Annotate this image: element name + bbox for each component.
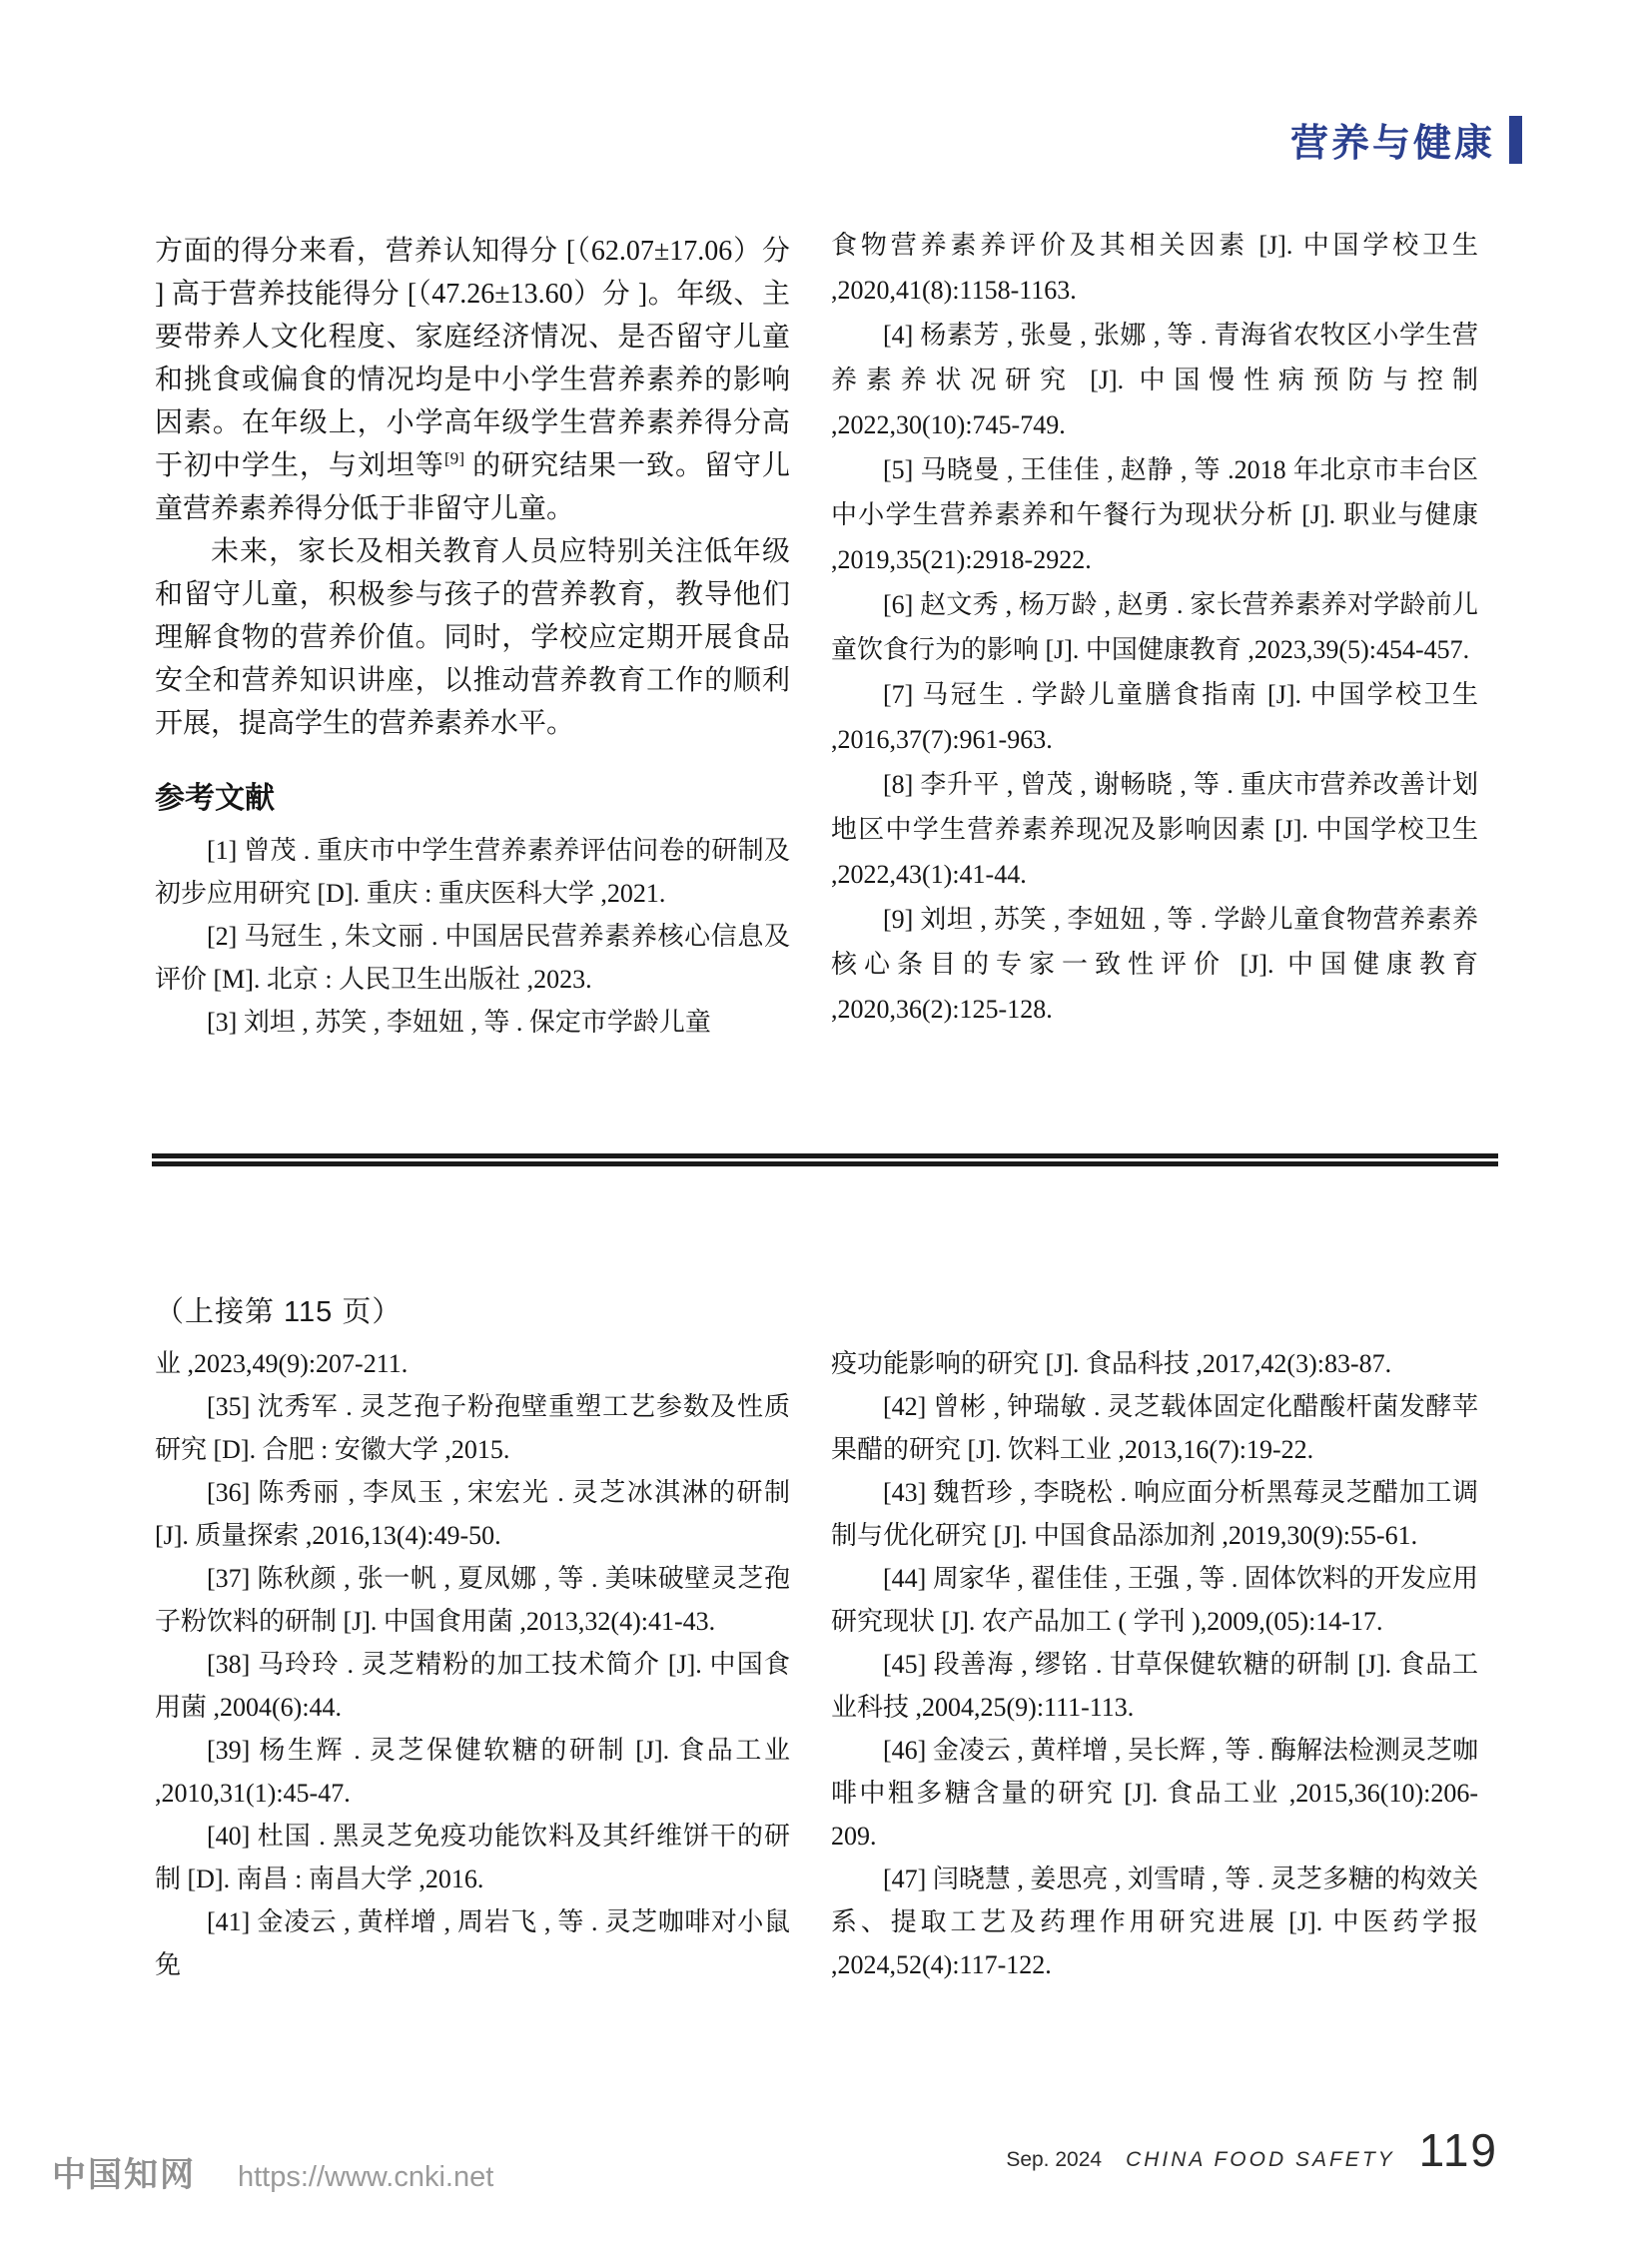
reference-item: [43] 魏哲珍 , 李晓松 . 响应面分析黑莓灵芝醋加工调制与优化研究 [J]… bbox=[831, 1471, 1478, 1557]
bottom-right-column: 疫功能影响的研究 [J]. 食品科技 ,2017,42(3):83-87. [4… bbox=[831, 1342, 1478, 1986]
reference-item: [35] 沈秀军 . 灵芝孢子粉孢壁重塑工艺参数及性质研究 [D]. 合肥 : … bbox=[155, 1385, 790, 1471]
reference-item: [9] 刘坦 , 苏笑 , 李妞妞 , 等 . 学龄儿童食物营养素养核心条目的专… bbox=[831, 897, 1478, 1032]
reference-item: [4] 杨素芳 , 张曼 , 张娜 , 等 . 青海省农牧区小学生营养素养状况研… bbox=[831, 313, 1478, 447]
accent-bar-icon bbox=[1509, 116, 1522, 164]
reference-item: [5] 马晓曼 , 王佳佳 , 赵静 , 等 .2018 年北京市丰台区中小学生… bbox=[831, 447, 1478, 582]
reference-item: [8] 李升平 , 曾茂 , 谢畅晓 , 等 . 重庆市营养改善计划地区中学生营… bbox=[831, 762, 1478, 897]
section-title: 营养与健康 bbox=[1290, 112, 1495, 167]
footer-site-url: https://www.cnki.net bbox=[238, 2161, 493, 2194]
reference-item: [47] 闫晓慧 , 姜思亮 , 刘雪晴 , 等 . 灵芝多糖的构效关系、提取工… bbox=[831, 1858, 1478, 1986]
reference-item: [45] 段善海 , 缪铭 . 甘草保健软糖的研制 [J]. 食品工业科技 ,2… bbox=[831, 1643, 1478, 1729]
reference-item: [36] 陈秀丽 , 李凤玉 , 宋宏光 . 灵芝冰淇淋的研制 [J]. 质量探… bbox=[155, 1471, 790, 1557]
reference-item: [39] 杨生辉 . 灵芝保健软糖的研制 [J]. 食品工业 ,2010,31(… bbox=[155, 1729, 790, 1815]
references-heading: 参考文献 bbox=[155, 782, 790, 816]
top-left-column: 方面的得分来看，营养认知得分 [（62.07±17.06）分 ] 高于营养技能得… bbox=[155, 230, 790, 1044]
top-right-column: 食物营养素养评价及其相关因素 [J]. 中国学校卫生 ,2020,41(8):1… bbox=[831, 223, 1478, 1032]
footer-site-name: 中国知网 bbox=[52, 2147, 196, 2196]
reference-item: [41] 金凌云 , 黄样增 , 周岩飞 , 等 . 灵芝咖啡对小鼠免 bbox=[155, 1900, 790, 1986]
reference-item: [2] 马冠生 , 朱文丽 . 中国居民营养素养核心信息及评价 [M]. 北京 … bbox=[155, 915, 790, 1001]
body-paragraph: 方面的得分来看，营养认知得分 [（62.07±17.06）分 ] 高于营养技能得… bbox=[155, 230, 790, 530]
paragraph-text: 方面的得分来看，营养认知得分 [（62.07±17.06）分 ] 高于营养技能得… bbox=[155, 236, 790, 481]
reference-item: [6] 赵文秀 , 杨万龄 , 赵勇 . 家长营养素养对学龄前儿童饮食行为的影响… bbox=[831, 582, 1478, 672]
reference-item: [44] 周家华 , 翟佳佳 , 王强 , 等 . 固体饮料的开发应用研究现状 … bbox=[831, 1557, 1478, 1643]
section-divider bbox=[152, 1153, 1498, 1166]
body-paragraph: 未来，家长及相关教育人员应特别关注低年级和留守儿童，积极参与孩子的营养教育，教导… bbox=[155, 530, 790, 745]
footer-page-number: 119 bbox=[1419, 2123, 1498, 2177]
reference-item: [3] 刘坦 , 苏笑 , 李妞妞 , 等 . 保定市学龄儿童 bbox=[155, 1001, 790, 1044]
footer-right: Sep. 2024 CHINA FOOD SAFETY 119 bbox=[1006, 2123, 1498, 2177]
footer-left: 中国知网 https://www.cnki.net bbox=[52, 2147, 493, 2196]
reference-item: [40] 杜国 . 黑灵芝免疫功能饮料及其纤维饼干的研制 [D]. 南昌 : 南… bbox=[155, 1815, 790, 1900]
reference-item: [46] 金凌云 , 黄样增 , 吴长辉 , 等 . 酶解法检测灵芝咖啡中粗多糖… bbox=[831, 1729, 1478, 1858]
reference-item: 食物营养素养评价及其相关因素 [J]. 中国学校卫生 ,2020,41(8):1… bbox=[831, 223, 1478, 313]
reference-item: 疫功能影响的研究 [J]. 食品科技 ,2017,42(3):83-87. bbox=[831, 1342, 1478, 1385]
journal-page: 营养与健康 方面的得分来看，营养认知得分 [（62.07±17.06）分 ] 高… bbox=[0, 0, 1652, 2242]
reference-item: [38] 马玲玲 . 灵芝精粉的加工技术简介 [J]. 中国食用菌 ,2004(… bbox=[155, 1643, 790, 1729]
reference-item: 业 ,2023,49(9):207-211. bbox=[155, 1342, 790, 1385]
footer-issue-date: Sep. 2024 bbox=[1006, 2148, 1102, 2172]
continuation-note: （上接第 115 页） bbox=[155, 1289, 402, 1330]
reference-item: [37] 陈秋颜 , 张一帆 , 夏凤娜 , 等 . 美味破壁灵芝孢子粉饮料的研… bbox=[155, 1557, 790, 1643]
citation-superscript: [9] bbox=[444, 449, 464, 468]
reference-item: [7] 马冠生 . 学龄儿童膳食指南 [J]. 中国学校卫生 ,2016,37(… bbox=[831, 672, 1478, 762]
reference-item: [1] 曾茂 . 重庆市中学生营养素养评估问卷的研制及初步应用研究 [D]. 重… bbox=[155, 829, 790, 915]
section-header: 营养与健康 bbox=[1290, 112, 1522, 167]
bottom-left-column: 业 ,2023,49(9):207-211. [35] 沈秀军 . 灵芝孢子粉孢… bbox=[155, 1342, 790, 1986]
footer-journal-name: CHINA FOOD SAFETY bbox=[1126, 2148, 1395, 2172]
reference-item: [42] 曾彬 , 钟瑞敏 . 灵芝载体固定化醋酸杆菌发酵苹果醋的研究 [J].… bbox=[831, 1385, 1478, 1471]
